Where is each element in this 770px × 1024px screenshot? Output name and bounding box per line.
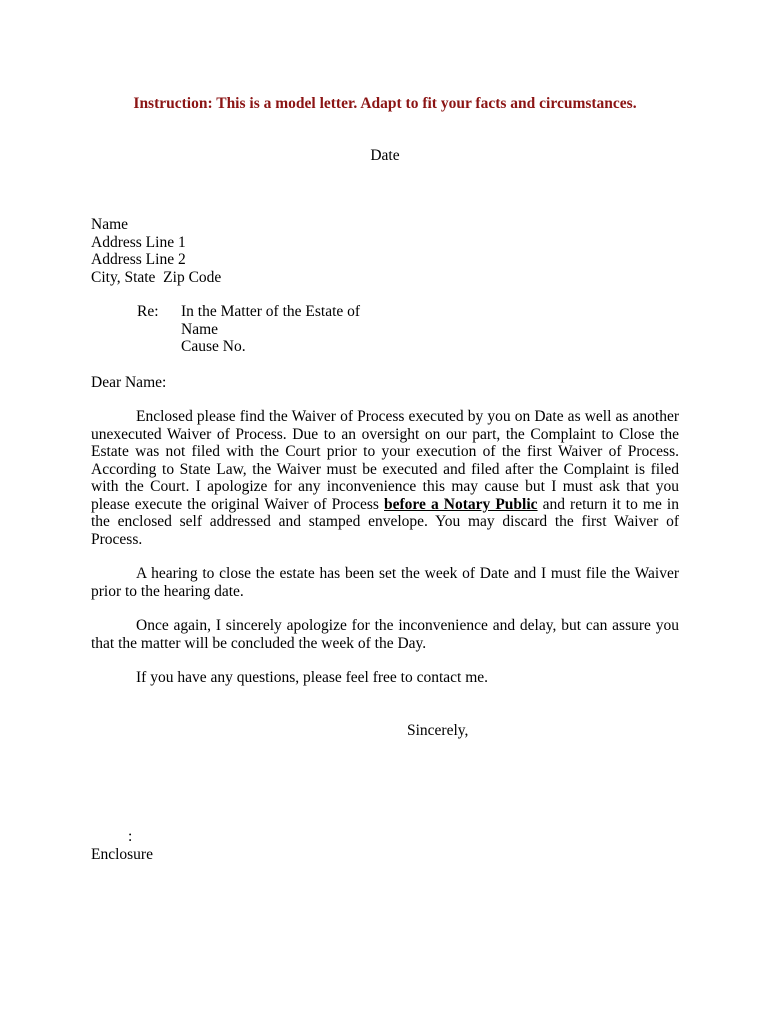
- instruction-heading: Instruction: This is a model letter. Ada…: [91, 95, 679, 113]
- date-line: Date: [91, 147, 679, 165]
- recipient-city-state-zip: City, State Zip Code: [91, 269, 679, 287]
- salutation: Dear Name:: [91, 374, 679, 392]
- re-block: Re: In the Matter of the Estate of Name …: [137, 303, 679, 356]
- paragraph-4: If you have any questions, please feel f…: [91, 669, 679, 687]
- re-line-matter: In the Matter of the Estate of: [181, 303, 360, 321]
- closing-sincerely: Sincerely,: [407, 722, 679, 740]
- recipient-address-line-2: Address Line 2: [91, 251, 679, 269]
- recipient-address-line-1: Address Line 1: [91, 234, 679, 252]
- paragraph-1-emphasis: before a Notary Public: [384, 496, 538, 513]
- letter-page: Instruction: This is a model letter. Ada…: [0, 0, 770, 1024]
- paragraph-2: A hearing to close the estate has been s…: [91, 565, 679, 600]
- recipient-address-block: Name Address Line 1 Address Line 2 City,…: [91, 216, 679, 286]
- enclosure-notation: Enclosure: [91, 846, 679, 864]
- re-label: Re:: [137, 303, 181, 321]
- re-line-name: Name: [181, 321, 360, 339]
- paragraph-3: Once again, I sincerely apologize for th…: [91, 617, 679, 652]
- re-line-cause-no: Cause No.: [181, 338, 360, 356]
- re-content: In the Matter of the Estate of Name Caus…: [181, 303, 360, 356]
- typist-initials-line: :: [128, 828, 679, 846]
- recipient-name: Name: [91, 216, 679, 234]
- paragraph-1: Enclosed please find the Waiver of Proce…: [91, 408, 679, 548]
